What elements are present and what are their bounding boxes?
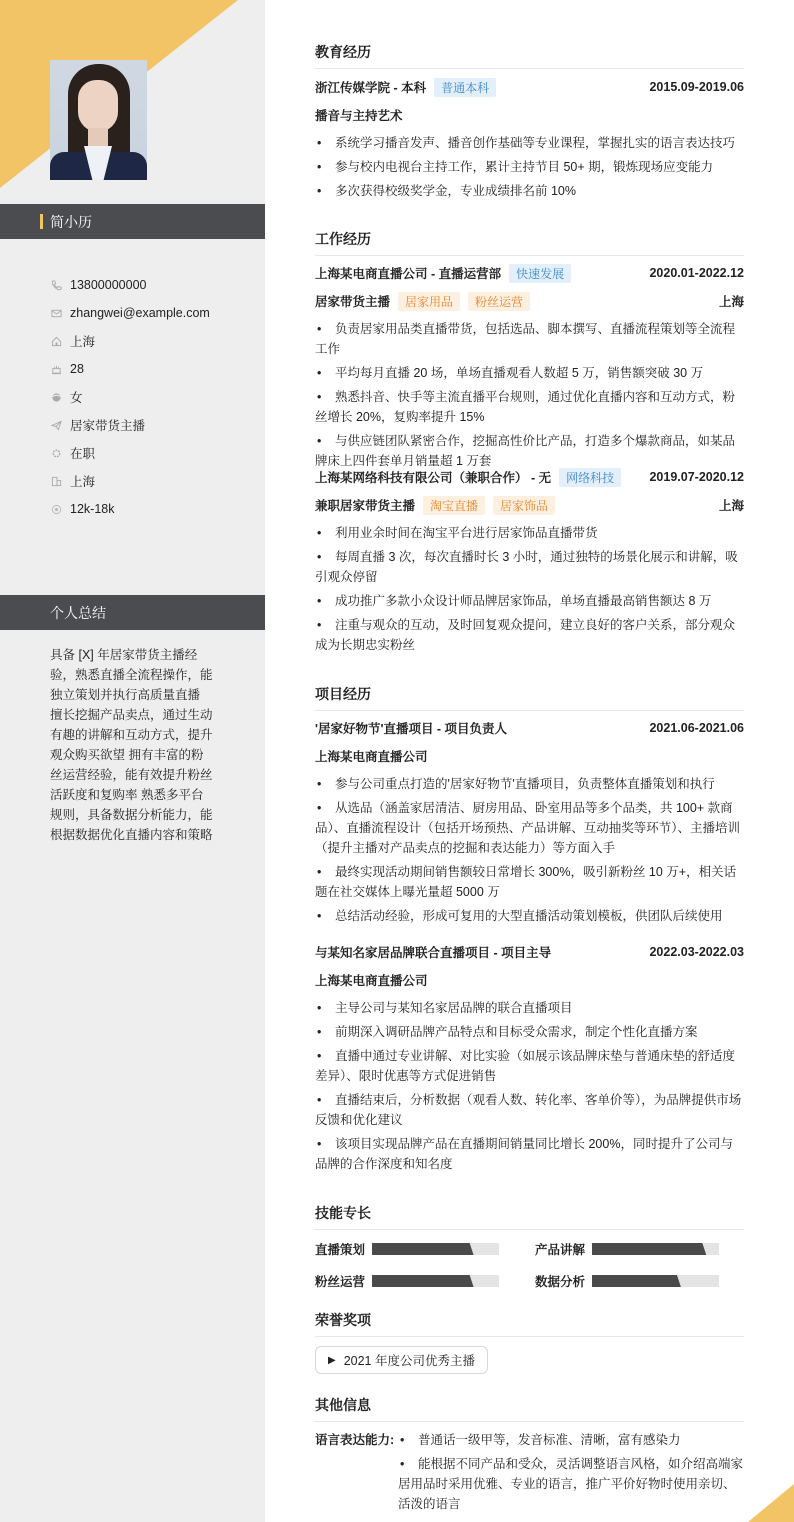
contact-phone: 13800000000 (50, 271, 210, 299)
project-bullets: 主导公司与某知名家居品牌的联合直播项目 前期深入调研品牌产品特点和目标受众需求，… (315, 998, 744, 1178)
role-tag: 粉丝运营 (468, 292, 530, 311)
sidebar: 简小历 13800000000 zhangwei@example.com 上海 … (0, 0, 265, 1522)
contact-value: 28 (70, 362, 84, 376)
skill-item: 直播策划 (315, 1240, 499, 1258)
phone-icon (50, 279, 62, 291)
skill-name: 产品讲解 (535, 1240, 585, 1258)
age-icon (50, 363, 62, 375)
resume-title: 简小历 (50, 212, 92, 232)
list-item: 从选品（涵盖家居清洁、厨房用品、卧室用品等多个品类，共 100+ 款商品）、直播… (315, 798, 744, 858)
skill-bar-fill (592, 1243, 706, 1255)
job-location: 上海 (719, 496, 744, 514)
skill-bar (372, 1275, 499, 1287)
major-row: 播音与主持艺术 (315, 105, 744, 125)
project-org-row: 上海某电商直播公司 (315, 746, 744, 766)
list-item: 能根据不同产品和受众，灵活调整语言风格，如介绍高端家居用品时采用优雅、专业的语言… (398, 1454, 744, 1514)
list-item: 总结活动经验，形成可复用的大型直播活动策划模板，供团队后续使用 (315, 906, 744, 926)
skill-bar (372, 1243, 499, 1255)
play-icon: ▶ (328, 1355, 336, 1366)
section-title-education: 教育经历 (315, 42, 744, 69)
summary-header: 个人总结 (0, 595, 265, 630)
list-item: 最终实现活动期间销售额较日常增长 300%，吸引新粉丝 10 万+，相关话题在社… (315, 862, 744, 902)
project-bullets: 参与公司重点打造的'居家好物节'直播项目，负责整体直播策划和执行 从选品（涵盖家… (315, 774, 744, 930)
skill-name: 粉丝运营 (315, 1272, 365, 1290)
list-item: 平均每月直播 20 场，单场直播观看人数超 5 万，销售额突破 30 万 (315, 363, 744, 383)
list-item: 前期深入调研品牌产品特点和目标受众需求，制定个性化直播方案 (315, 1022, 744, 1042)
job-header-row: 上海某网络科技有限公司（兼职合作） - 无 网络科技 2019.07-2020.… (315, 467, 744, 487)
section-title-skills: 技能专长 (315, 1203, 744, 1230)
contact-value: 13800000000 (70, 278, 146, 292)
skill-item: 粉丝运营 (315, 1272, 499, 1290)
skill-name: 数据分析 (535, 1272, 585, 1290)
section-title-awards: 荣誉奖项 (315, 1310, 744, 1337)
job-date: 2020.01-2022.12 (649, 266, 744, 280)
list-item: 每周直播 3 次，每次直播时长 3 小时，通过独特的场景化展示和讲解，吸引观众停… (315, 547, 744, 587)
project-date: 2022.03-2022.03 (649, 945, 744, 959)
project-date: 2021.06-2021.06 (649, 721, 744, 735)
other-bullets: 普通话一级甲等，发音标准、清晰，富有感染力 能根据不同产品和受众，灵活调整语言风… (398, 1430, 744, 1518)
contact-value: 上海 (70, 332, 95, 350)
contact-city: 上海 (50, 467, 210, 495)
mail-icon (50, 307, 62, 319)
job-role: 居家带货主播 (315, 292, 390, 310)
skill-name: 直播策划 (315, 1240, 365, 1258)
list-item: 普通话一级甲等，发音标准、清晰，富有感染力 (398, 1430, 744, 1450)
contact-gender: 女 (50, 383, 210, 411)
job-bullets: 利用业余时间在淘宝平台进行居家饰品直播带货 每周直播 3 次，每次直播时长 3 … (315, 523, 744, 659)
list-item: 成功推广多款小众设计师品牌居家饰品，单场直播最高销售额达 8 万 (315, 591, 744, 611)
accent-bar (40, 214, 43, 229)
summary-text: 具备 [X] 年居家带货主播经验，熟悉直播全流程操作，能独立策划并执行高质量直播… (50, 645, 215, 845)
job-role-row: 居家带货主播 居家用品 粉丝运营 上海 (315, 291, 744, 311)
skill-item: 产品讲解 (535, 1240, 719, 1258)
contact-value: 女 (70, 388, 83, 406)
project-name: 与某知名家居品牌联合直播项目 - 项目主导 (315, 943, 551, 961)
company-name: 上海某网络科技有限公司（兼职合作） - 无 (315, 468, 551, 486)
list-item: 注重与观众的互动，及时回复观众提问，建立良好的客户关系，部分观众成为长期忠实粉丝 (315, 615, 744, 655)
building-icon (50, 475, 62, 487)
project-org: 上海某电商直播公司 (315, 971, 428, 989)
skill-bar-fill (372, 1275, 474, 1287)
job-bullets: 负责居家用品类直播带货，包括选品、脚本撰写、直播流程策划等全流程工作 平均每月直… (315, 319, 744, 475)
list-item: 该项目实现品牌产品在直播期间销量同比增长 200%，同时提升了公司与品牌的合作深… (315, 1134, 744, 1174)
list-item: 与供应链团队紧密合作，挖掘高性价比产品，打造多个爆款商品，如某品牌床上四件套单月… (315, 431, 744, 471)
contact-hometown: 上海 (50, 327, 210, 355)
skill-bar (592, 1275, 719, 1287)
company-tag: 快速发展 (509, 264, 571, 283)
list-item: 多次获得校级奖学金，专业成绩排名前 10% (315, 181, 744, 201)
list-item: 直播结束后，分析数据（观看人数、转化率、客单价等），为品牌提供市场反馈和优化建议 (315, 1090, 744, 1130)
major: 播音与主持艺术 (315, 106, 403, 124)
contact-value: zhangwei@example.com (70, 306, 210, 320)
contact-position: 居家带货主播 (50, 411, 210, 439)
list-item: 直播中通过专业讲解、对比实验（如展示该品牌床垫与普通床垫的舒适度差异）、限时优惠… (315, 1046, 744, 1086)
award-item[interactable]: ▶ 2021 年度公司优秀主播 (315, 1346, 488, 1374)
job-role: 兼职居家带货主播 (315, 496, 415, 514)
list-item: 熟悉抖音、快手等主流直播平台规则，通过优化直播内容和互动方式，粉丝增长 20%，… (315, 387, 744, 427)
project-org-row: 上海某电商直播公司 (315, 970, 744, 990)
contact-salary: 12k-18k (50, 495, 210, 523)
decorative-corner-triangle (748, 1484, 794, 1522)
project-org: 上海某电商直播公司 (315, 747, 428, 765)
company-tag: 网络科技 (559, 468, 621, 487)
school-name: 浙江传媒学院 - 本科 (315, 78, 426, 96)
send-icon (50, 419, 62, 431)
home-icon (50, 335, 62, 347)
job-date: 2019.07-2020.12 (649, 470, 744, 484)
education-bullets: 系统学习播音发声、播音创作基础等专业课程，掌握扎实的语言表达技巧 参与校内电视台… (315, 133, 744, 205)
other-label: 语言表达能力: (315, 1430, 394, 1450)
section-title-projects: 项目经历 (315, 684, 744, 711)
status-icon (50, 447, 62, 459)
list-item: 利用业余时间在淘宝平台进行居家饰品直播带货 (315, 523, 744, 543)
company-name: 上海某电商直播公司 - 直播运营部 (315, 264, 501, 282)
contact-value: 上海 (70, 472, 95, 490)
project-name: '居家好物节'直播项目 - 项目负责人 (315, 719, 507, 737)
skill-bar (592, 1243, 719, 1255)
section-title-other: 其他信息 (315, 1395, 744, 1422)
section-title-work: 工作经历 (315, 229, 744, 256)
skill-item: 数据分析 (535, 1272, 719, 1290)
role-tag: 居家用品 (398, 292, 460, 311)
salary-icon (50, 503, 62, 515)
education-header-row: 浙江传媒学院 - 本科 普通本科 2015.09-2019.06 (315, 77, 744, 97)
list-item: 系统学习播音发声、播音创作基础等专业课程，掌握扎实的语言表达技巧 (315, 133, 744, 153)
contact-age: 28 (50, 355, 210, 383)
contact-list: 13800000000 zhangwei@example.com 上海 28 女… (50, 271, 210, 523)
skill-bar-fill (372, 1243, 474, 1255)
contact-value: 在职 (70, 444, 95, 462)
job-role-row: 兼职居家带货主播 淘宝直播 居家饰品 上海 (315, 495, 744, 515)
role-tag: 居家饰品 (493, 496, 555, 515)
role-tag: 淘宝直播 (423, 496, 485, 515)
education-date: 2015.09-2019.06 (649, 80, 744, 94)
education-tag: 普通本科 (434, 78, 496, 97)
contact-value: 12k-18k (70, 502, 114, 516)
gender-icon (50, 391, 62, 403)
contact-value: 居家带货主播 (70, 416, 145, 434)
list-item: 负责居家用品类直播带货，包括选品、脚本撰写、直播流程策划等全流程工作 (315, 319, 744, 359)
list-item: 主导公司与某知名家居品牌的联合直播项目 (315, 998, 744, 1018)
contact-email: zhangwei@example.com (50, 299, 210, 327)
avatar-photo (50, 60, 147, 180)
contact-status: 在职 (50, 439, 210, 467)
project-header-row: 与某知名家居品牌联合直播项目 - 项目主导 2022.03-2022.03 (315, 942, 744, 962)
award-label: 2021 年度公司优秀主播 (344, 1351, 475, 1369)
resume-title-header: 简小历 (0, 204, 265, 239)
project-header-row: '居家好物节'直播项目 - 项目负责人 2021.06-2021.06 (315, 718, 744, 738)
job-header-row: 上海某电商直播公司 - 直播运营部 快速发展 2020.01-2022.12 (315, 263, 744, 283)
list-item: 参与公司重点打造的'居家好物节'直播项目，负责整体直播策划和执行 (315, 774, 744, 794)
list-item: 参与校内电视台主持工作，累计主持节目 50+ 期，锻炼现场应变能力 (315, 157, 744, 177)
skill-bar-fill (592, 1275, 681, 1287)
job-location: 上海 (719, 292, 744, 310)
summary-title: 个人总结 (50, 603, 106, 623)
